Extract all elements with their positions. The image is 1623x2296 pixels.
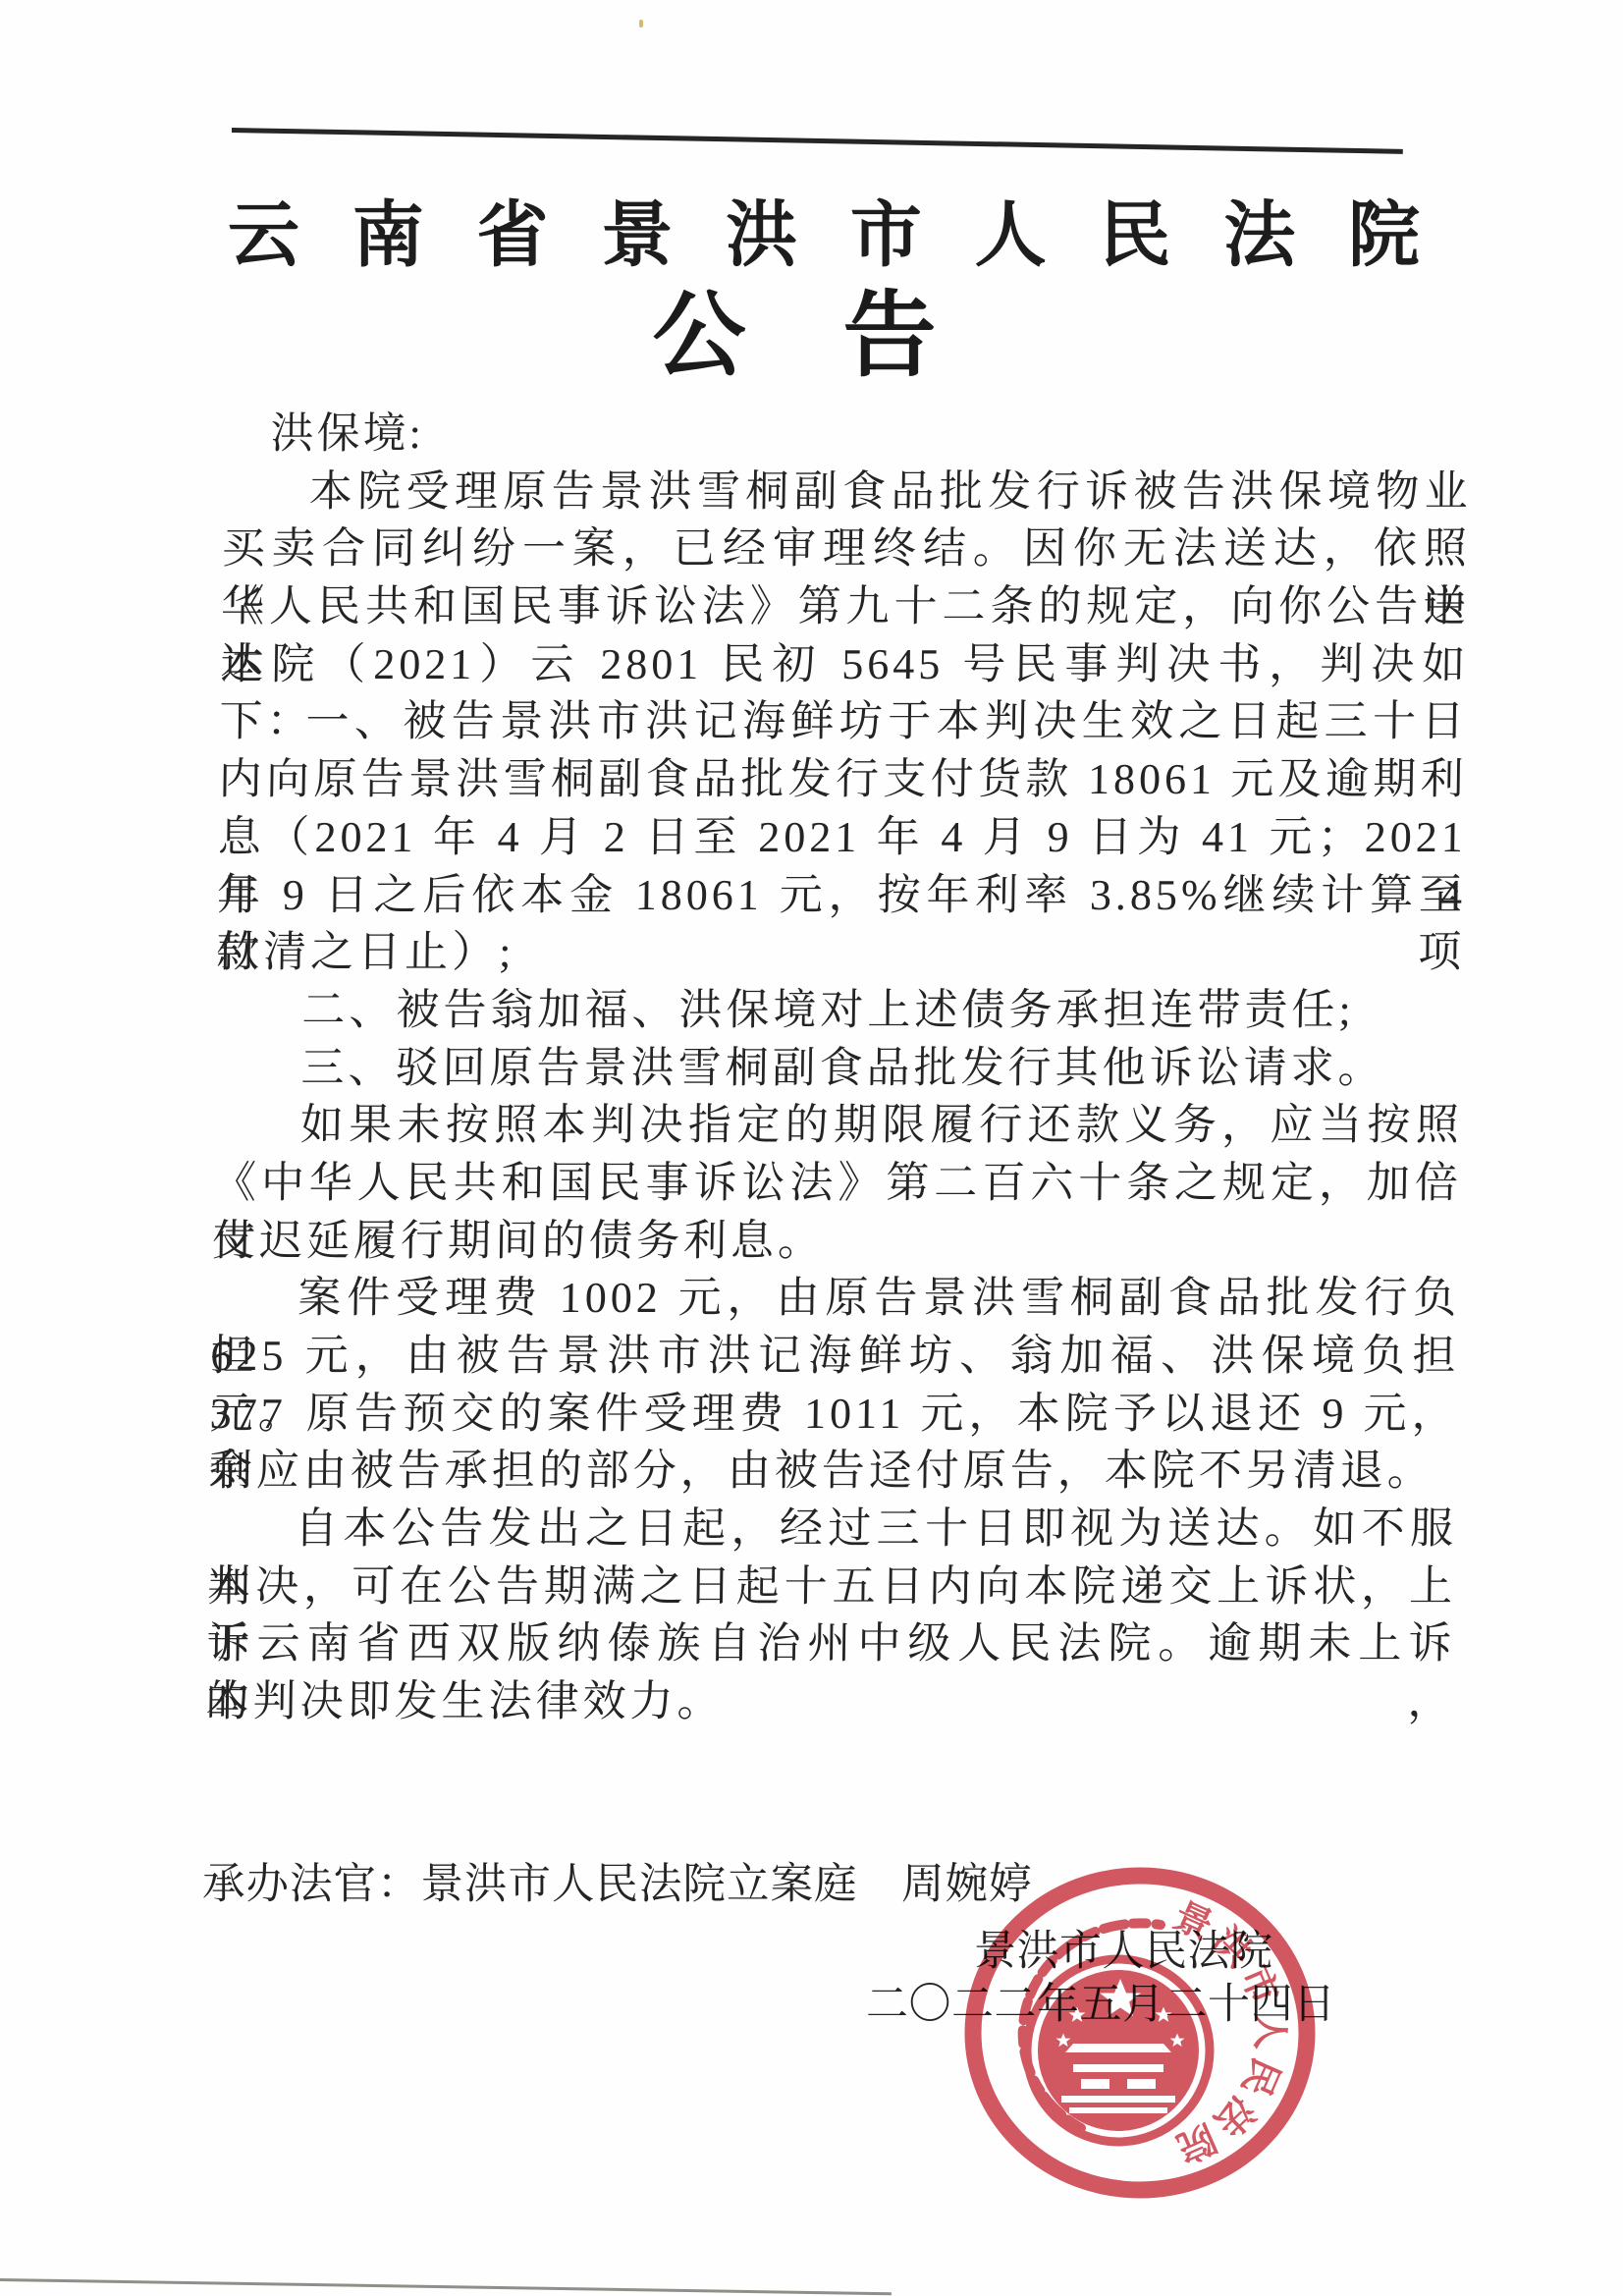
salutation: 洪保境: [223, 406, 1473, 464]
body-line: 内向原告景洪雪桐副食品批发行支付货款 18061 元及逾期利 [218, 751, 1468, 809]
body-line: 三、驳回原告景洪雪桐副食品批发行其他诉讼请求。 [214, 1040, 1464, 1098]
body-line: 案件受理费 1002 元，由原告景洪雪桐副食品批发行负担 [211, 1270, 1461, 1328]
seal-national-emblem [1027, 1959, 1210, 2142]
handling-judge-line: 承办法官：景洪市人民法院立案庭 周婉婷 [202, 1850, 1033, 1911]
body-line: 本院（2021）云 2801 民初 5645 号民事判决书，判决如下： [220, 636, 1470, 694]
body-line: 元。原告预交的案件受理费 1011 元，本院予以退还 9 元，剩 [209, 1386, 1459, 1444]
body-line: 本院受理原告景洪雪桐副食品批发行诉被告洪保境物业 [222, 464, 1472, 521]
announcement-page: 云南省景洪市人民法院 公 告 洪保境: 本院受理原告景洪雪桐副食品批发行诉被告洪… [0, 0, 1623, 2296]
body-line: 二、被告翁加福、洪保境对上述债务承担连带责任; [215, 982, 1465, 1040]
body-line: 于云南省西双版纳傣族自治州中级人民法院。逾期未上诉的， [206, 1615, 1456, 1673]
page-title: 云南省景洪市人民法院 [228, 189, 1420, 283]
official-seal-stamp: 景洪市人民法院 [953, 1856, 1326, 2210]
body-line: 息（2021 年 4 月 2 日至 2021 年 4 月 9 日为 41 元；2… [217, 809, 1467, 867]
body-line: 判决，可在公告期满之日起十五日内向本院递交上诉状，上诉 [207, 1558, 1457, 1616]
body-line: 华人民共和国民事诉讼法》第九十二条的规定，向你公告送达 [221, 578, 1471, 636]
body-line: 月 9 日之后依本金 18061 元，按年利率 3.85%继续计算至款项 [217, 867, 1467, 925]
body-line: 余应由被告承担的部分，由被告迳付原告，本院不另清退。 [208, 1443, 1458, 1501]
document-type-heading: 公 告 [187, 283, 1404, 389]
body-line: 625 元，由被告景洪市洪记海鲜坊、翁加福、洪保境负担 377 [210, 1328, 1460, 1386]
body-lines: 本院受理原告景洪雪桐副食品批发行诉被告洪保境物业买卖合同纠纷一案，已经审理终结。… [205, 464, 1472, 1731]
body-line: 买卖合同纠纷一案，已经审理终结。因你无法送达，依照《中 [222, 520, 1472, 578]
footer-rule [0, 2278, 892, 2295]
body-line: 一、被告景洪市洪记海鲜坊于本判决生效之日起三十日 [219, 693, 1469, 751]
scan-speck [639, 20, 643, 27]
body-line: 付迟延履行期间的债务利息。 [212, 1213, 1462, 1271]
header-rule [232, 128, 1403, 154]
announcement-body: 洪保境: 本院受理原告景洪雪桐副食品批发行诉被告洪保境物业买卖合同纠纷一案，已经… [205, 406, 1473, 1731]
body-line: 自本公告发出之日起，经过三十日即视为送达。如不服本 [208, 1501, 1458, 1558]
body-line: 《中华人民共和国民事诉讼法》第二百六十条之规定，加倍支 [213, 1155, 1463, 1213]
body-line: 如果未按照本判决指定的期限履行还款义务，应当按照 [213, 1097, 1463, 1155]
